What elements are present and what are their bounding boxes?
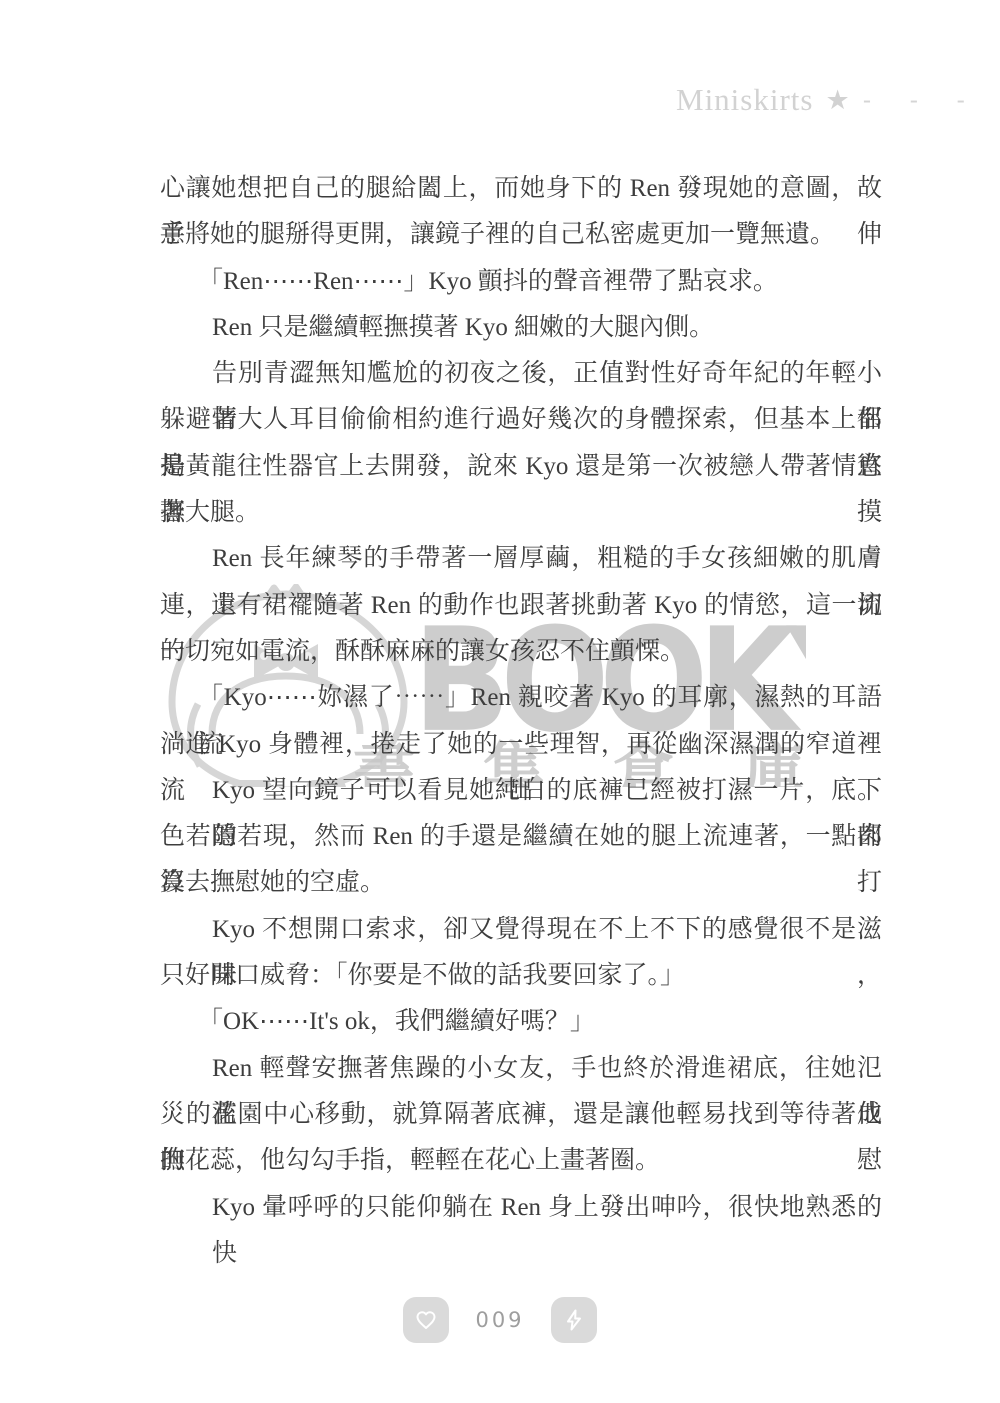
heart-icon (414, 1308, 438, 1332)
page-header: Miniskirts ★ - - - - - - - - (676, 82, 1000, 118)
lightning-icon (562, 1308, 586, 1332)
text-line: 心讓她想把自己的腿給闔上，而她身下的 Ren 發現她的意圖，故意伸 (160, 166, 882, 212)
flash-button[interactable] (551, 1297, 597, 1343)
star-icon: ★ (825, 87, 849, 114)
text-line: 搗黃龍往性器官上去開發，說來 Kyo 還是第一次被戀人帶著情慾撫摸 (160, 444, 882, 490)
reader-footer: 009 (0, 1297, 1000, 1343)
text-line: 「Kyo⋯⋯妳濕了⋯⋯」Ren 親咬著 Kyo 的耳廓，濕熱的耳語流 (160, 675, 882, 721)
text-line: 「Ren⋯⋯Ren⋯⋯」Kyo 顫抖的聲音裡帶了點哀求。 (160, 259, 882, 305)
text-line: 連，還有裙襬隨著 Ren 的動作也跟著挑動著 Kyo 的情慾，這一切的 (160, 583, 882, 629)
text-line: Ren 長年練琴的手帶著一層厚繭，粗糙的手女孩細嫩的肌膚上流 (160, 536, 882, 582)
text-line: 一切宛如電流，酥酥麻麻的讓女孩忍不住顫慄。 (160, 629, 882, 675)
text-line: 手將她的腿掰得更開，讓鏡子裡的自己私密處更加一覽無遺。 (160, 212, 882, 258)
text-line: Kyo 不想開口索求，卻又覺得現在不上不下的感覺很不是滋味， (160, 907, 882, 953)
text-line: 告別青澀無知尷尬的初夜之後，正值對性好奇年紀的年輕小情侶 (160, 351, 882, 397)
text-line: Ren 只是繼續輕撫摸著 Kyo 細嫩的大腿內側。 (160, 305, 882, 351)
text-line: 「OK⋯⋯It's ok，我們繼續好嗎？」 (160, 999, 882, 1045)
text-line: 色若隱若現，然而 Ren 的手還是繼續在她的腿上流連著，一點都沒打 (160, 814, 882, 860)
text-line: Kyo 望向鏡子可以看見她純白的底褲已經被打濕一片，底下的肉 (160, 768, 882, 814)
like-button[interactable] (403, 1297, 449, 1343)
text-line: 災的花園中心移動，就算隔著底褲，還是讓他輕易找到等待著他撫慰 (160, 1092, 882, 1138)
header-dashes-decoration: - - - - - - - - (860, 86, 1000, 114)
page-number: 009 (475, 1308, 524, 1332)
chapter-title: Miniskirts (676, 82, 813, 118)
text-line: Ren 輕聲安撫著焦躁的小女友，手也終於滑進裙底，往她氾濫成 (160, 1046, 882, 1092)
text-line: 淌進 Kyo 身體裡，捲走了她的一些理智，再從幽深濕潤的窄道裡流出。 (160, 722, 882, 768)
book-page: Miniskirts ★ - - - - - - - - (0, 0, 1000, 1403)
text-line: 躲避著大人耳目偷偷相約進行過好幾次的身體探索，但基本上都是直 (160, 397, 882, 443)
text-line: Kyo 暈呼呼的只能仰躺在 Ren 身上發出呻吟，很快地熟悉的快 (160, 1185, 882, 1231)
body-text: 心讓她想把自己的腿給闔上，而她身下的 Ren 發現她的意圖，故意伸 手將她的腿掰… (160, 166, 882, 1231)
